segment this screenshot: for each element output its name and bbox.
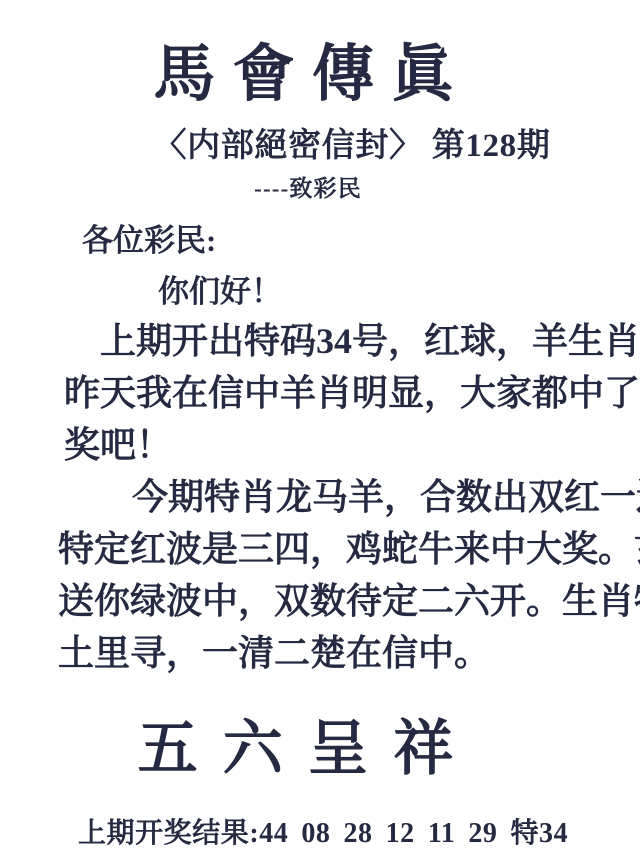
body-line: 上期开出特码34号，红球，羊生肖。 xyxy=(100,323,640,359)
letter-body: 各位彩民: 你们好！ 上期开出特码34号，红球，羊生肖。 昨天我在信中羊肖明显，… xyxy=(0,225,640,671)
page-title: 馬會傳眞 xyxy=(0,24,632,113)
fax-letter-page: 馬會傳眞 〈内部絕密信封〉 第128期 ----致彩民 各位彩民: 你们好！ 上… xyxy=(0,0,640,848)
result-number: 29 xyxy=(468,818,497,848)
greeting-line: 你们好！ xyxy=(158,276,640,307)
dedication-line: ----致彩民 xyxy=(0,170,628,203)
special-number: 特34 xyxy=(510,818,568,848)
issue-subtitle: 〈内部絕密信封〉 第128期 xyxy=(0,119,640,166)
slogan-text: 五六呈祥 xyxy=(0,701,628,787)
result-number: 08 xyxy=(301,818,330,848)
result-number: 44 xyxy=(259,818,288,848)
body-line: 昨天我在信中羊肖明显，大家都中了大 xyxy=(64,375,640,411)
results-line: 上期开奖结果:440828121129特34 xyxy=(78,811,640,848)
result-number: 11 xyxy=(428,818,456,848)
body-line: 土里寻，一清二楚在信中。 xyxy=(58,635,640,671)
body-line: 特定红波是三四，鸡蛇牛来中大奖。玄机 xyxy=(58,531,640,567)
body-line: 今期特肖龙马羊，合数出双红一边。 xyxy=(132,479,640,515)
salutation-line: 各位彩民: xyxy=(82,225,640,256)
body-line: 奖吧！ xyxy=(64,427,640,463)
body-line: 送你绿波中，双数待定二六开。生肖特码 xyxy=(58,583,640,619)
results-label: 上期开奖结果: xyxy=(78,818,259,848)
result-number: 28 xyxy=(344,818,373,848)
result-number: 12 xyxy=(386,818,415,848)
